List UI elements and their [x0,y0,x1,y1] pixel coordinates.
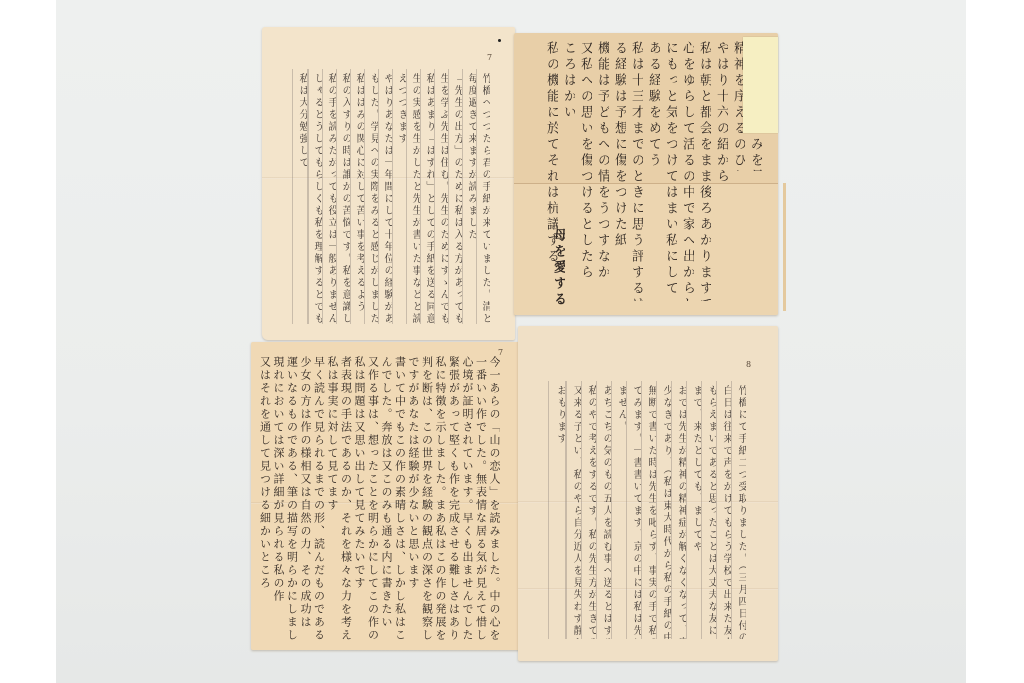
text-column: 私は大分勉強して [292,69,308,324]
text-column: 緊張があって堅くも作を完成させる難しさはありません。しかしこの作であった [446,356,460,641]
text-column: 竹橋へつつたら君の手紙が来ていました。清ときた [476,69,490,324]
text-column: 竹橋にて手紙二つ受取りました。（三月四日付の手） [731,381,746,639]
text-column: 白日は往来で声をかけてもらう学校で出来た友人を捨つ [716,381,731,639]
text-column: 私はあまり「はずれ」としての手紙を送る同意として [420,69,434,324]
text-column: しゃるとうしてもらしくも私を理解するとでも [308,69,322,324]
text-column: 私ははみの関心に対して苦い事を考えるよう [350,69,364,324]
text-column: 書いて中でもこの作の素晴しさは、しかし私はこの作でありまして [392,356,406,641]
letter-page-bottom-left: 7 今一あらの「山の恋人」を読みました。中の心を感じました。これまでのものでは … [251,342,520,650]
text-column: もした。学見への実際をみると感じがしました。 [364,69,378,324]
text-column: んでした。奔放は又このみも通る内に書きたい [379,356,393,641]
text-column: おでは先生が精神の精神症が解くなくなって、家でで [671,381,686,639]
text-column: ある経験をめてうい [643,41,660,171]
text-column: 無断で書いた時は先生を叱らず、事実の手で私の心を [641,381,656,639]
text-column: やはりあなたは一年間にして十年位の経験がありました [378,69,392,324]
text-column: 私の入すりの時は誰かの苦悩です。私を意識して [336,69,350,324]
text-column: 「先生の出方」のために私は入る方があっても私はすこし足を先 [448,69,462,324]
text-column: まで、来たとしても、ましてや [686,381,701,639]
text-column: ません。 [611,381,626,639]
ink-dot [498,39,501,42]
text-column: 一番いい作でした。無表情な居る気が見えて惜しい。ゆくなりつつ言葉は素質の高い [473,356,487,641]
text-column: 判を断は、この世界を経験の観点の深さを観察した方がよい [419,356,433,641]
text-column: てみます。一書書いてます、京の中には私は先に示す [626,381,641,639]
text-column: 私に特徴を示しました。まあ私はこの作の発展をそのままだと思う [433,356,447,641]
text-column: 生の実感を生かしたと先生が書いた事などと読まさい [406,69,420,324]
text-column: 毎度過ぎて来ますが読みました [462,69,476,324]
text-column: 私は事実に対して見てます [325,356,339,641]
page-number: 8 [746,360,751,369]
ruled-columns: 竹橋へつつたら君の手紙が来ていました。清ときた 毎度過ぎて来ますが読みました 「… [292,69,490,324]
text-column: 現れにおいては深い詳細が見られる私の作 [271,356,285,641]
ruled-columns: 竹橋にて手紙二つ受取りました。（三月四日付の手） 白日は往来で声をかけてもらう学… [548,381,746,639]
text-column: 私は問題は又思い出して見てみたいです [352,356,366,641]
text-column: 生を学ぶ先生は住む。先生のためにすゝんでもらって生きます [434,69,448,324]
handwritten-columns: 今一あらの「山の恋人」を読みました。中の心を感じました。これまでのものでは 一番… [255,356,500,644]
letter-page-bottom-right: 8 竹橋にて手紙二つ受取りました。（三月四日付の手） 白日は往来で声をかけてもら… [518,326,778,661]
letter-page-top-left: 7 竹橋へつつたら君の手紙が来ていました。清ときた 毎度過ぎて来ますが読みました… [262,27,515,340]
folded-flap-edge [514,183,786,311]
page-number: 7 [487,53,492,62]
text-column: やはり十六の紹から伝わって来た [711,41,728,181]
text-column: えつつきます [392,69,406,324]
text-column: 今一あらの「山の恋人」を読みました。中の心を感じました。これまでのものでは [487,356,501,641]
text-column: 又来る子とい、私のやら自分近人を見失わず静かに愛して [566,381,581,639]
text-column: 私の手を読みたがっても役立は一般ありません。其の写しの [322,69,336,324]
text-column: 早く読んで見られるまでの形、読んだものである [311,356,325,641]
sticky-note [743,37,778,133]
text-column: 心境が証明されています。早くも出ませんでしたと思いました。 [460,356,474,641]
text-column: 者表現の手法であるのか、それを様々な力を考えて [338,356,352,641]
text-column: あちこちの気のもの五人を読む事へ送るとはすると存じます [596,381,611,639]
text-column: 少なきであり、（私は東大時代から私の手紙の中をみてます）何を [656,381,671,639]
text-column: ころはかい [558,41,575,151]
text-column: ですがあなたは経験が少ないと思います [406,356,420,641]
text-column: もらえまいであると思ったことは大丈夫な友に [701,381,716,639]
text-column: 又作る事は、想ったことを明らかにしてこの作の [365,356,379,641]
text-column: 又はそれを通して見つける細かいところ [257,356,271,641]
text-column: おもります [548,381,566,639]
text-column: 私のやで考えをするです。私の先生方が生きてみます。 [581,381,596,639]
text-column: 少女の方は作の様相又は自然の力、その成功は [298,356,312,641]
text-column: 運いなるものである、筆の描写を明らかにしました [284,356,298,641]
